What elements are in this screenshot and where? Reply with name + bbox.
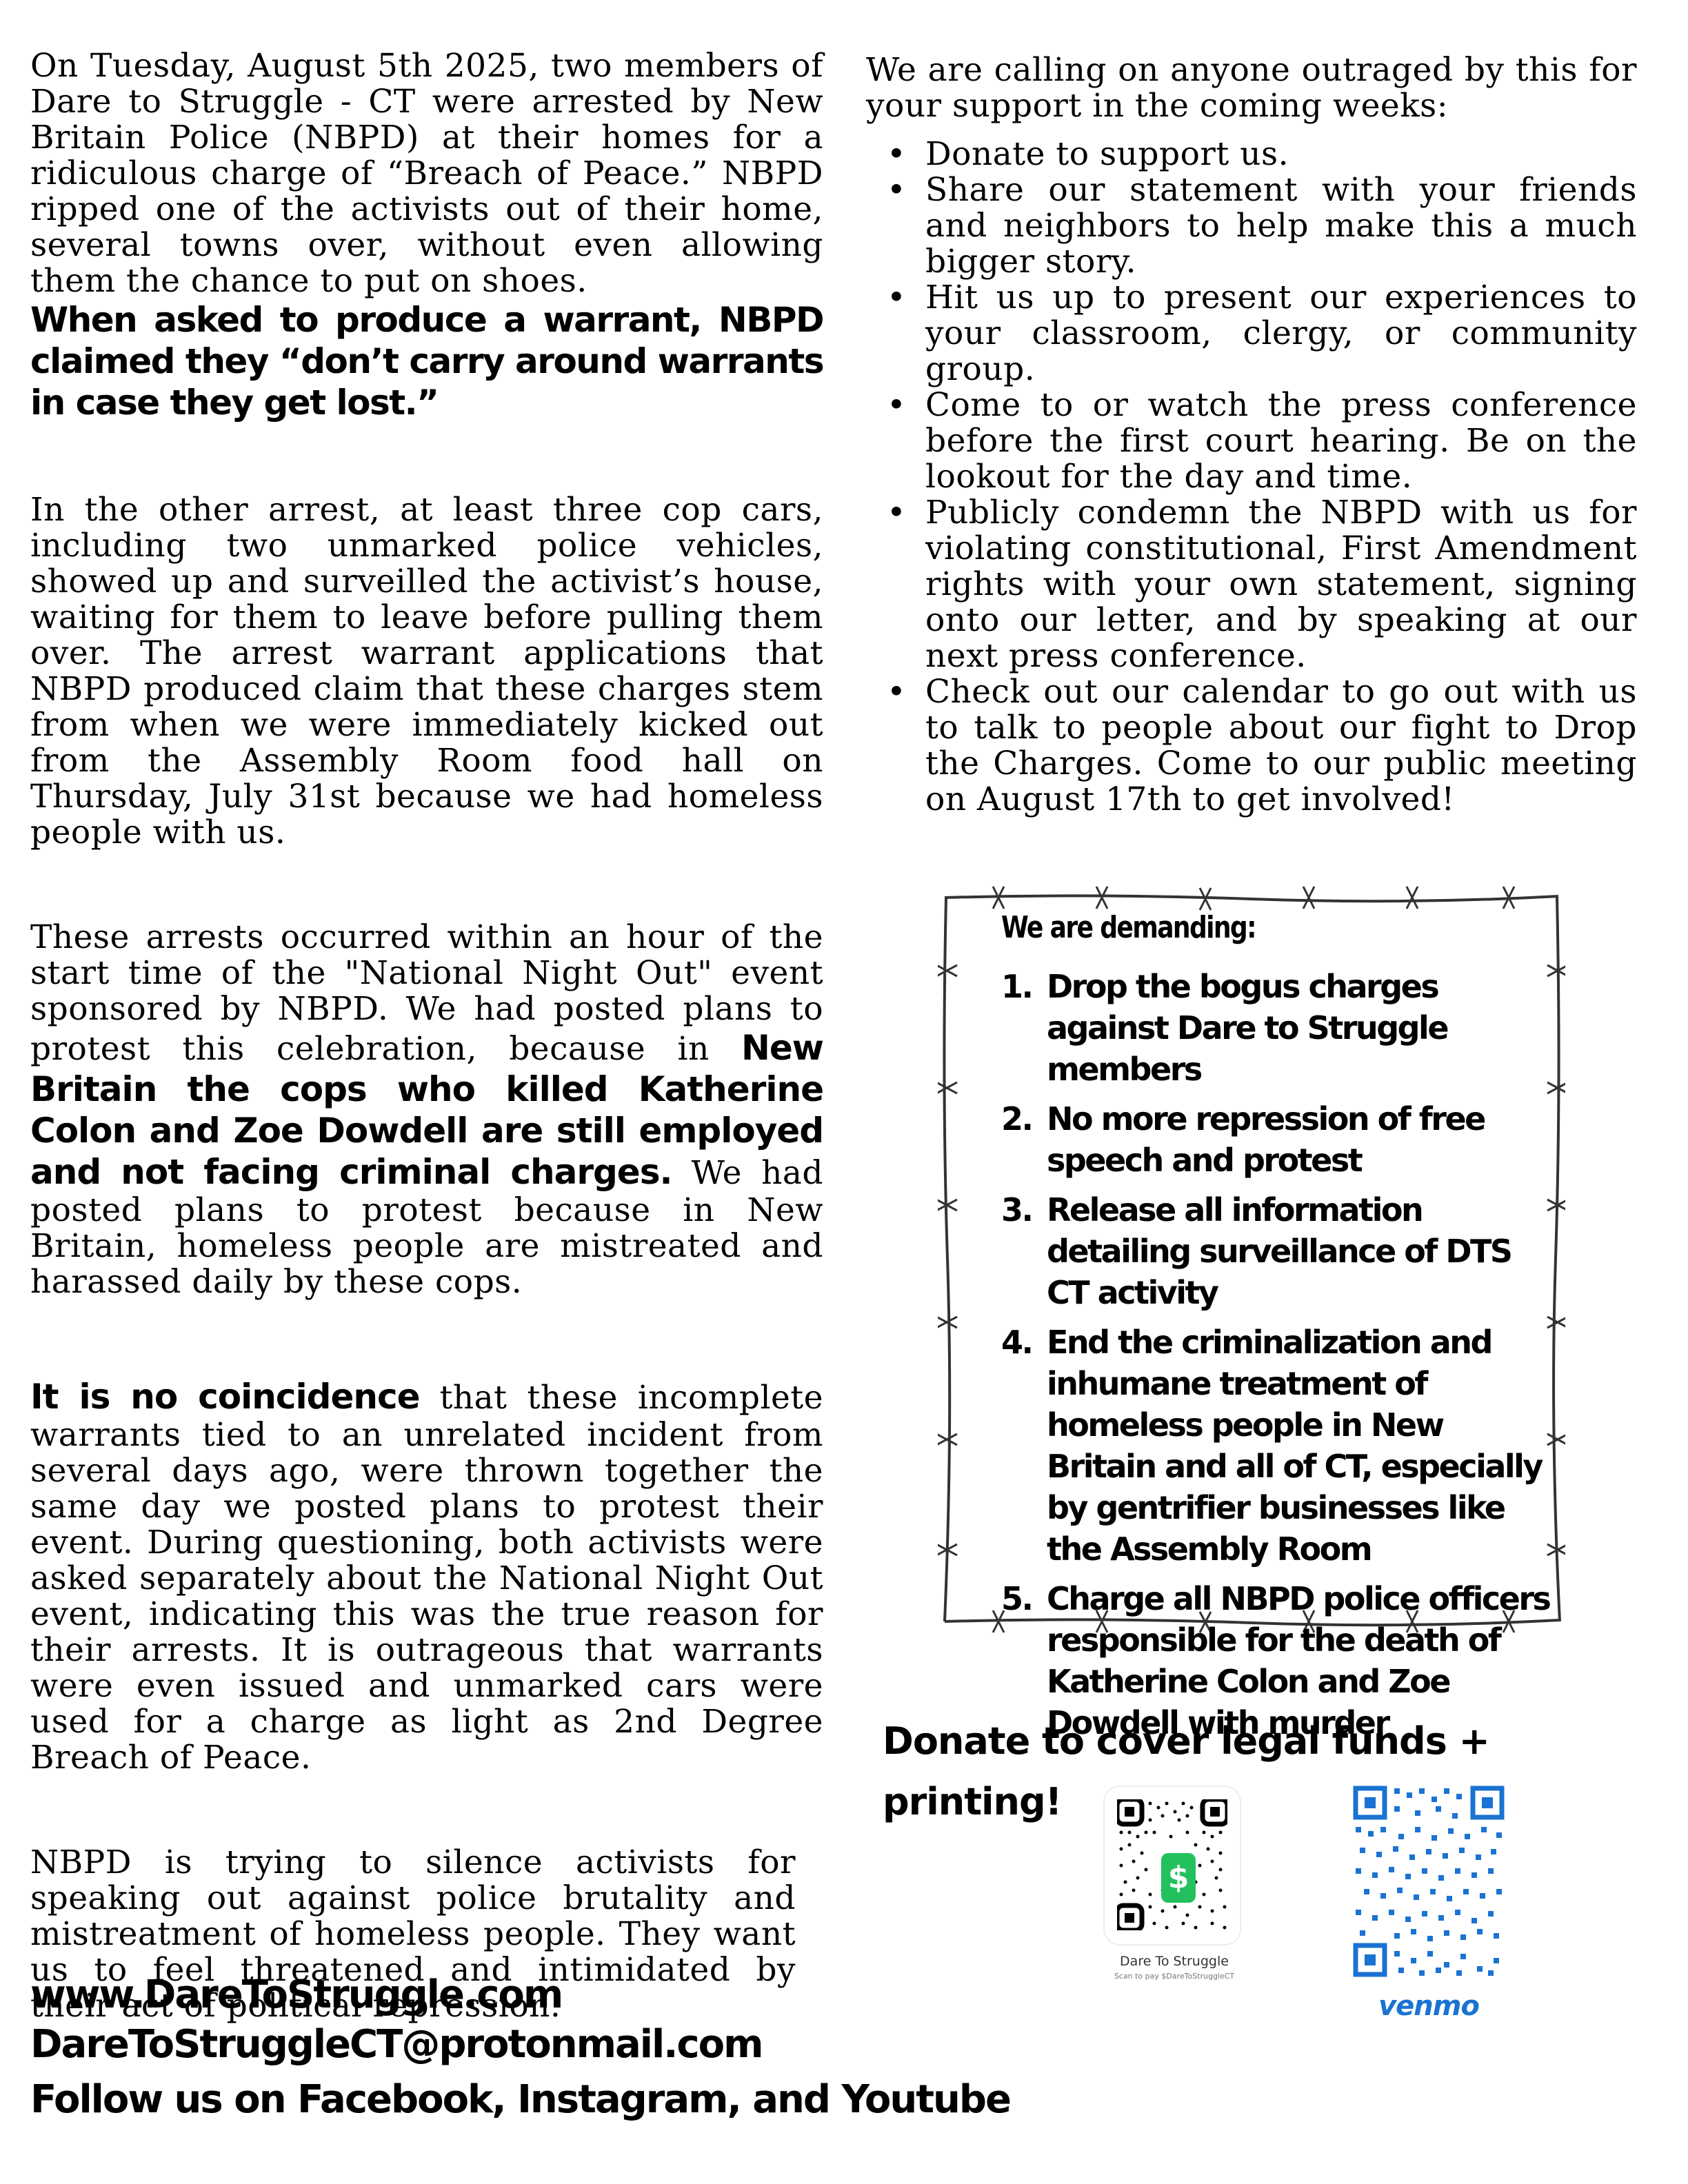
spacer [30, 851, 823, 920]
demand-number: 2. [1001, 1098, 1032, 1140]
bullet-icon: • [887, 172, 906, 208]
demand-text: End the criminalization and inhumane tre… [1047, 1324, 1542, 1568]
spacer [30, 423, 823, 492]
email-link[interactable]: DareToStruggleCT@protonmail.com [30, 2020, 1010, 2070]
demand-text: Release all information detailing survei… [1047, 1191, 1511, 1311]
support-item: •Check out our calendar to go out with u… [925, 674, 1637, 818]
bullet-icon: • [887, 136, 906, 172]
cashapp-qr-block[interactable]: $ Dare To Struggle Scan to pay $DareToSt… [1103, 1786, 1245, 1981]
demand-number: 4. [1001, 1322, 1032, 1363]
spacer [30, 1300, 823, 1376]
venmo-logo: venmo [1353, 1990, 1505, 2022]
demands-box: We are demanding: 1.Drop the bogus charg… [938, 882, 1565, 1634]
support-item-text: Publicly condemn the NBPD with us for vi… [925, 494, 1637, 675]
support-item: •Publicly condemn the NBPD with us for v… [925, 495, 1637, 674]
footer-contact: www.DareToStruggle.com DareToStruggleCT@… [30, 1970, 1010, 2125]
cashapp-subtitle: Scan to pay $DareToStruggleCT [1103, 1972, 1245, 1981]
demand-text: Drop the bogus charges against Dare to S… [1047, 968, 1447, 1088]
website-link[interactable]: www.DareToStruggle.com [30, 1970, 1010, 2020]
paragraph-national-night-out: These arrests occurred within an hour of… [30, 920, 823, 1300]
paragraph-arrests: On Tuesday, August 5th 2025, two members… [30, 48, 823, 299]
social-follow-text: Follow us on Facebook, Instagram, and Yo… [30, 2075, 1010, 2125]
demands-heading: We are demanding: [1001, 910, 1454, 945]
no-coincidence-text: that these incomplete warrants tied to a… [30, 1379, 823, 1777]
bullet-icon: • [887, 674, 906, 710]
paragraph-arrests-text: On Tuesday, August 5th 2025, two members… [30, 47, 823, 300]
left-column: On Tuesday, August 5th 2025, two members… [30, 48, 823, 2024]
no-coincidence-bold: It is no coincidence [30, 1377, 420, 1417]
demand-item: 2.No more repression of free speech and … [1001, 1098, 1553, 1181]
paragraph-other-arrest: In the other arrest, at least three cop … [30, 492, 823, 851]
support-item: •Hit us up to present our experiences to… [925, 280, 1637, 387]
bullet-icon: • [887, 387, 906, 423]
demand-item: 4.End the criminalization and inhumane t… [1001, 1322, 1553, 1570]
warrant-quote: When asked to produce a warrant, NBPD cl… [30, 299, 823, 423]
spacer [30, 1776, 823, 1845]
support-item: •Come to or watch the press conference b… [925, 387, 1637, 495]
demand-number: 3. [1001, 1189, 1032, 1231]
paragraph-no-coincidence: It is no coincidence that these incomple… [30, 1376, 823, 1776]
bullet-icon: • [887, 280, 906, 316]
demand-number: 5. [1001, 1578, 1032, 1619]
venmo-qr-block[interactable]: venmo [1353, 1786, 1505, 2022]
support-list: •Donate to support us. •Share our statem… [866, 136, 1637, 818]
demands-content: We are demanding: 1.Drop the bogus charg… [1001, 910, 1553, 1752]
venmo-qr-code-icon [1353, 1786, 1505, 1977]
support-item-text: Share our statement with your friends an… [925, 171, 1637, 281]
demand-item: 3.Release all information detailing surv… [1001, 1189, 1553, 1313]
demand-text: No more repression of free speech and pr… [1047, 1100, 1485, 1179]
paragraph-nno-text-before: These arrests occurred within an hour of… [30, 918, 823, 1068]
support-item: •Share our statement with your friends a… [925, 172, 1637, 280]
cashapp-name: Dare To Struggle [1103, 1954, 1245, 1969]
right-column: We are calling on anyone outraged by thi… [866, 52, 1637, 818]
demand-item: 1.Drop the bogus charges against Dare to… [1001, 966, 1553, 1090]
call-to-action-intro: We are calling on anyone outraged by thi… [866, 52, 1637, 124]
support-item-text: Donate to support us. [925, 135, 1289, 173]
support-item-text: Check out our calendar to go out with us… [925, 673, 1637, 818]
cashapp-dollar-icon: $ [1161, 1853, 1196, 1903]
support-item-text: Come to or watch the press conference be… [925, 386, 1637, 496]
support-item: •Donate to support us. [925, 136, 1637, 172]
cashapp-qr-card[interactable]: $ [1103, 1786, 1241, 1945]
support-item-text: Hit us up to present our experiences to … [925, 279, 1637, 388]
bullet-icon: • [887, 495, 906, 531]
demands-list: 1.Drop the bogus charges against Dare to… [1001, 966, 1553, 1743]
demand-number: 1. [1001, 966, 1032, 1007]
